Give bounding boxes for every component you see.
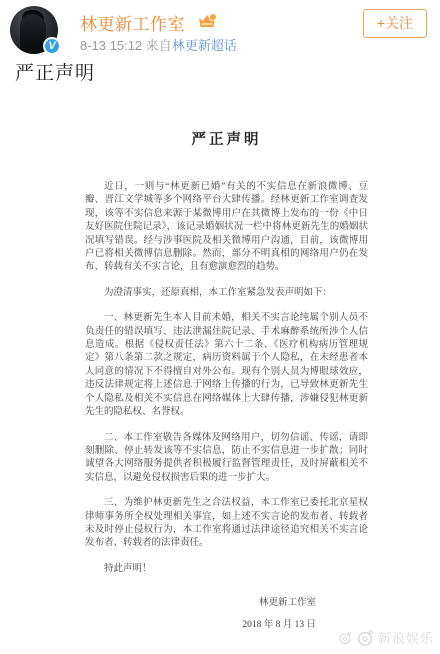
statement-paragraph: 三、为维护林更新先生之合法权益，本工作室已委托北京星权律师事务所全权处理相关事宜… xyxy=(85,497,368,551)
statement-title: 严正声明 xyxy=(85,128,368,149)
username[interactable]: 林更新工作室 xyxy=(80,10,185,35)
watermark: 新浪娱乐 xyxy=(338,628,434,647)
statement-paragraph: 二、本工作室敬告各媒体及网络用户，切勿信谣、传谣，请即刻删除、停止转发该等不实信… xyxy=(85,432,368,486)
statement-paragraph: 特此声明！ xyxy=(85,563,368,576)
weibo-eye-icon xyxy=(356,629,374,647)
statement-image[interactable]: 严正声明 近日，一则与“林更新已婚”有关的不实信息在新浪微博、豆瓣、晋江文学城等… xyxy=(85,128,368,630)
post-time: 8-13 15:12 xyxy=(80,38,142,53)
statement-signature: 林更新工作室 xyxy=(85,594,368,608)
follow-button[interactable]: +关注 xyxy=(363,9,427,38)
vip-crown-icon xyxy=(197,13,217,30)
post-meta: 8-13 15:12 来自林更新超话 xyxy=(80,35,237,54)
post-text: 严正声明 xyxy=(15,58,95,85)
weibo-eye-icon xyxy=(338,631,352,645)
statement-paragraph: 为澄清事实，还原真相，本工作室紧急发表声明如下： xyxy=(85,287,368,300)
source-link[interactable]: 林更新超话 xyxy=(172,38,237,53)
statement-paragraph: 近日，一则与“林更新已婚”有关的不实信息在新浪微博、豆瓣、晋江文学城等多个网络平… xyxy=(85,181,368,275)
statement-paragraph: 一、林更新先生本人目前未婚，相关不实言论纯属个别人员不负责任的错误填写、违法泄漏… xyxy=(85,312,368,419)
source-prefix: 来自 xyxy=(146,38,172,53)
watermark-text: 新浪娱乐 xyxy=(378,628,434,647)
statement-date: 2018 年 8 月 13 日 xyxy=(85,616,368,630)
verified-badge-icon: V xyxy=(43,37,61,55)
weibo-post-page: V 林更新工作室 8-13 15:12 来自林更新超话 +关注 严正声明 严正声… xyxy=(0,0,440,654)
